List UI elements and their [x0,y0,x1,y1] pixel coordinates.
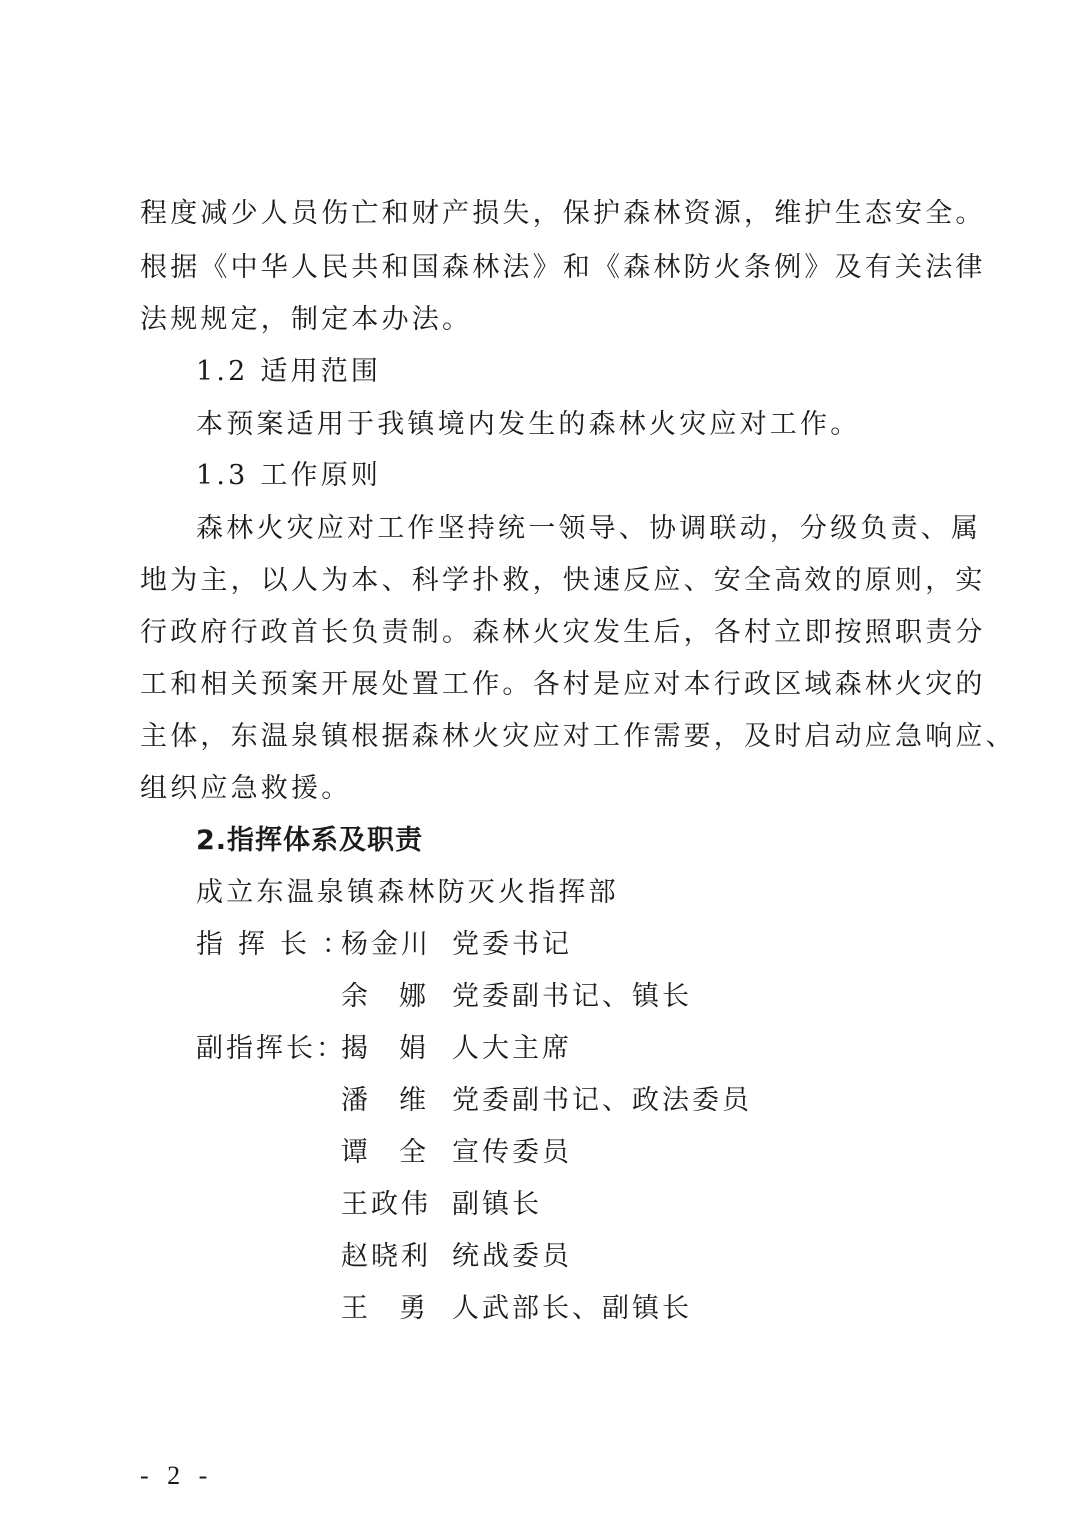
roster-title: 宣传委员 [452,1135,572,1171]
section-intro-2: 成立东温泉镇森林防灭火指挥部 [196,875,619,911]
section-heading-1-2: 1.2 适用范围 [196,354,381,390]
roster-title: 人武部长、副镇长 [452,1291,692,1327]
roster-title: 党委书记 [452,927,572,963]
roster-title: 党委副书记、政法委员 [452,1083,752,1119]
roster-role: 副指挥长： [196,1031,341,1067]
roster-name: 余娜 [341,979,457,1015]
roster-name: 揭娟 [341,1031,457,1067]
roster-name: 赵晓利 [341,1239,431,1275]
paragraph-line: 地为主，以人为本、科学扑救，快速反应、安全高效的原则，实 [140,563,986,599]
roster-name: 潘维 [341,1083,457,1119]
roster-title: 统战委员 [452,1239,572,1275]
section-body-1-2: 本预案适用于我镇境内发生的森林火灾应对工作。 [196,407,860,443]
roster-name: 王勇 [341,1291,457,1327]
section-heading-2: 2.指挥体系及职责 [196,823,423,859]
section-heading-1-3: 1.3 工作原则 [196,458,381,494]
roster-name: 杨金川 [341,927,431,963]
paragraph-line: 组织应急救援。 [140,771,351,807]
paragraph-line: 森林火灾应对工作坚持统一领导、协调联动，分级负责、属 [196,511,981,547]
roster-title: 副镇长 [452,1187,542,1223]
page-number: - 2 - [140,1460,213,1492]
paragraph-line: 主体，东温泉镇根据森林火灾应对工作需要，及时启动应急响应、 [140,719,1016,755]
paragraph-line: 根据《中华人民共和国森林法》和《森林防火条例》及有关法律 [140,250,986,286]
paragraph-line: 程度减少人员伤亡和财产损失，保护森林资源，维护生态安全。 [140,196,986,232]
roster-role: 指挥长： [196,927,341,963]
paragraph-line: 行政府行政首长负责制。森林火灾发生后，各村立即按照职责分 [140,615,986,651]
document-page: 程度减少人员伤亡和财产损失，保护森林资源，维护生态安全。 根据《中华人民共和国森… [0,0,1074,1520]
roster-name: 谭全 [341,1135,457,1171]
roster-title: 党委副书记、镇长 [452,979,692,1015]
roster-name: 王政伟 [341,1187,431,1223]
paragraph-line: 工和相关预案开展处置工作。各村是应对本行政区域森林火灾的 [140,667,986,703]
roster-title: 人大主席 [452,1031,572,1067]
paragraph-line: 法规规定，制定本办法。 [140,302,472,338]
